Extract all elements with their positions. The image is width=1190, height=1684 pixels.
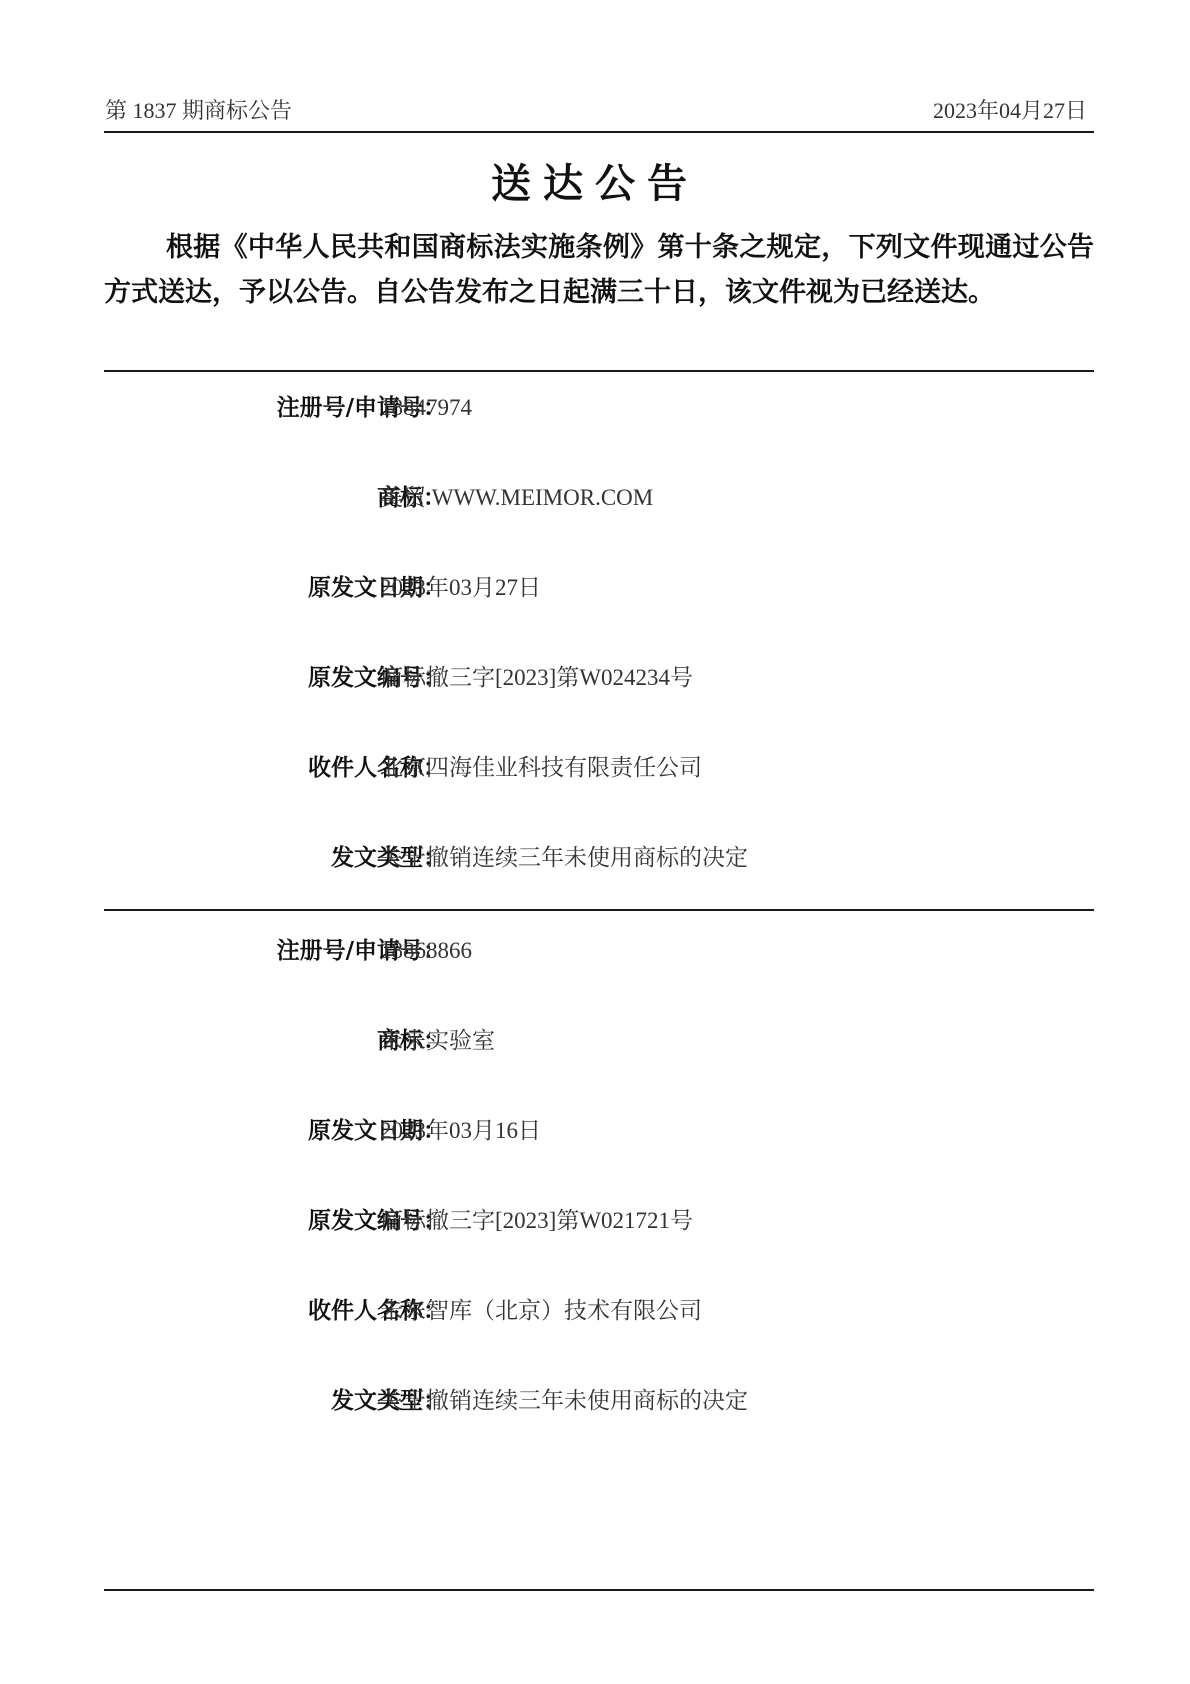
intro-paragraph: 根据《中华人民共和国商标法实施条例》第十条之规定，下列文件现通过公告方式送达，予… [104, 225, 1094, 315]
value-orig-date: 2023年03月27日 [380, 568, 541, 608]
field-reg-no: 注册号/申请号： 18868866 [104, 931, 1094, 971]
value-orig-no: 商标撤三字[2023]第W021721号 [380, 1201, 693, 1241]
field-reg-no: 注册号/申请号： 18847974 [104, 388, 1094, 428]
field-doc-type: 发文类型： 关于撤销连续三年未使用商标的决定 [104, 838, 1094, 878]
field-trademark: 商标： 未来实验室 [104, 1021, 1094, 1061]
field-orig-no: 原发文编号： 商标撤三字[2023]第W024234号 [104, 658, 1094, 698]
field-orig-date: 原发文日期： 2023年03月16日 [104, 1111, 1094, 1151]
field-doc-type: 发文类型： 关于撤销连续三年未使用商标的决定 [104, 1381, 1094, 1421]
header-rule [104, 131, 1094, 133]
value-reg-no: 18847974 [380, 388, 472, 428]
value-doc-type: 关于撤销连续三年未使用商标的决定 [380, 838, 748, 878]
value-trademark: 未来实验室 [380, 1021, 495, 1061]
issue-number: 第 1837 期商标公告 [105, 94, 292, 125]
value-orig-no: 商标撤三字[2023]第W024234号 [380, 658, 693, 698]
value-reg-no: 18868866 [380, 931, 472, 971]
value-trademark: 美贸 WWW.MEIMOR.COM [380, 478, 653, 518]
value-recipient: 未来智库（北京）技术有限公司 [380, 1291, 702, 1331]
record-separator [104, 909, 1094, 911]
header-date: 2023年04月27日 [933, 94, 1087, 125]
value-orig-date: 2023年03月16日 [380, 1111, 541, 1151]
value-doc-type: 关于撤销连续三年未使用商标的决定 [380, 1381, 748, 1421]
field-trademark: 商标： 美贸 WWW.MEIMOR.COM [104, 478, 1094, 518]
footer-rule [104, 1589, 1094, 1591]
field-orig-date: 原发文日期： 2023年03月27日 [104, 568, 1094, 608]
field-orig-no: 原发文编号： 商标撤三字[2023]第W021721号 [104, 1201, 1094, 1241]
page-title: 送达公告 [0, 152, 1190, 209]
field-recipient: 收件人名称： 未来智库（北京）技术有限公司 [104, 1291, 1094, 1331]
field-recipient: 收件人名称： 北京四海佳业科技有限责任公司 [104, 748, 1094, 788]
record-separator [104, 370, 1094, 372]
value-recipient: 北京四海佳业科技有限责任公司 [380, 748, 702, 788]
